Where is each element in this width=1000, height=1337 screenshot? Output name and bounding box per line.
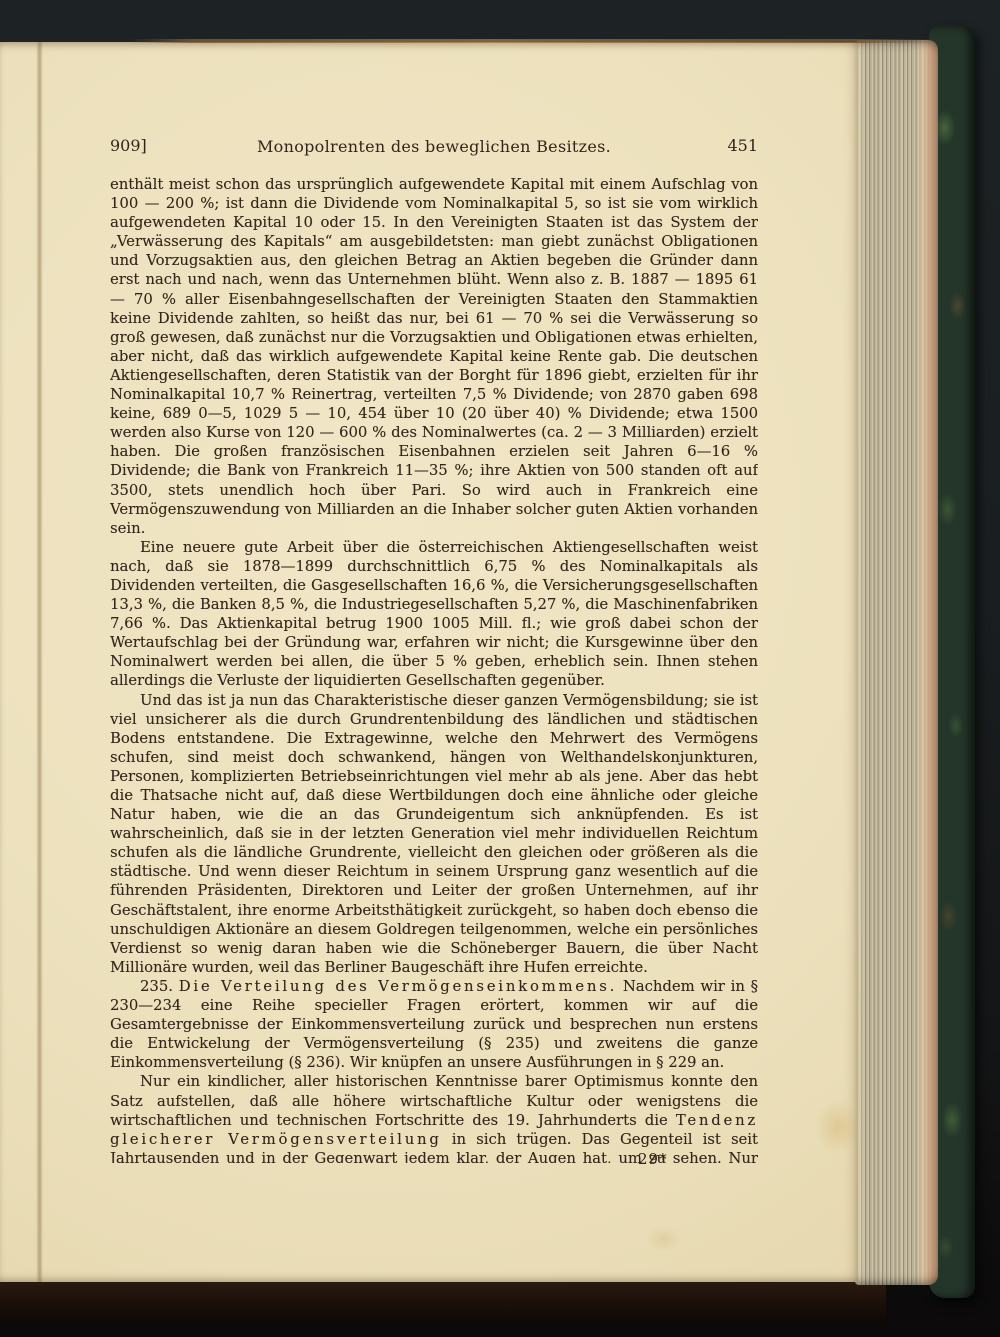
page-header: 909] Monopolrenten des beweglichen Besit… [110, 136, 758, 158]
scanned-book-photo: 909] Monopolrenten des beweglichen Besit… [0, 0, 1000, 1337]
paragraph: Und das ist ja nun das Charakteristische… [110, 691, 758, 977]
paragraph: enthält meist schon das ursprünglich auf… [110, 175, 758, 538]
paragraph: 235. Die Verteilung des Vermögenseinkomm… [110, 977, 758, 1072]
body-text: enthält meist schon das ursprünglich auf… [110, 175, 758, 1163]
emphasized-spaced-text: Die Verteilung des Vermögenseinkommens. [179, 978, 617, 995]
page-block-fore-edge [855, 40, 938, 1285]
page-number: 451 [727, 136, 758, 155]
signature-mark: 29* [638, 1150, 668, 1168]
paragraph: Eine neuere gute Arbeit über die österre… [110, 538, 758, 691]
running-title: Monopolrenten des beweglichen Besitzes. [110, 137, 758, 156]
page-bottom-shadow [0, 1281, 886, 1323]
gutter-crease [36, 42, 43, 1282]
page-top-edge [128, 39, 938, 43]
